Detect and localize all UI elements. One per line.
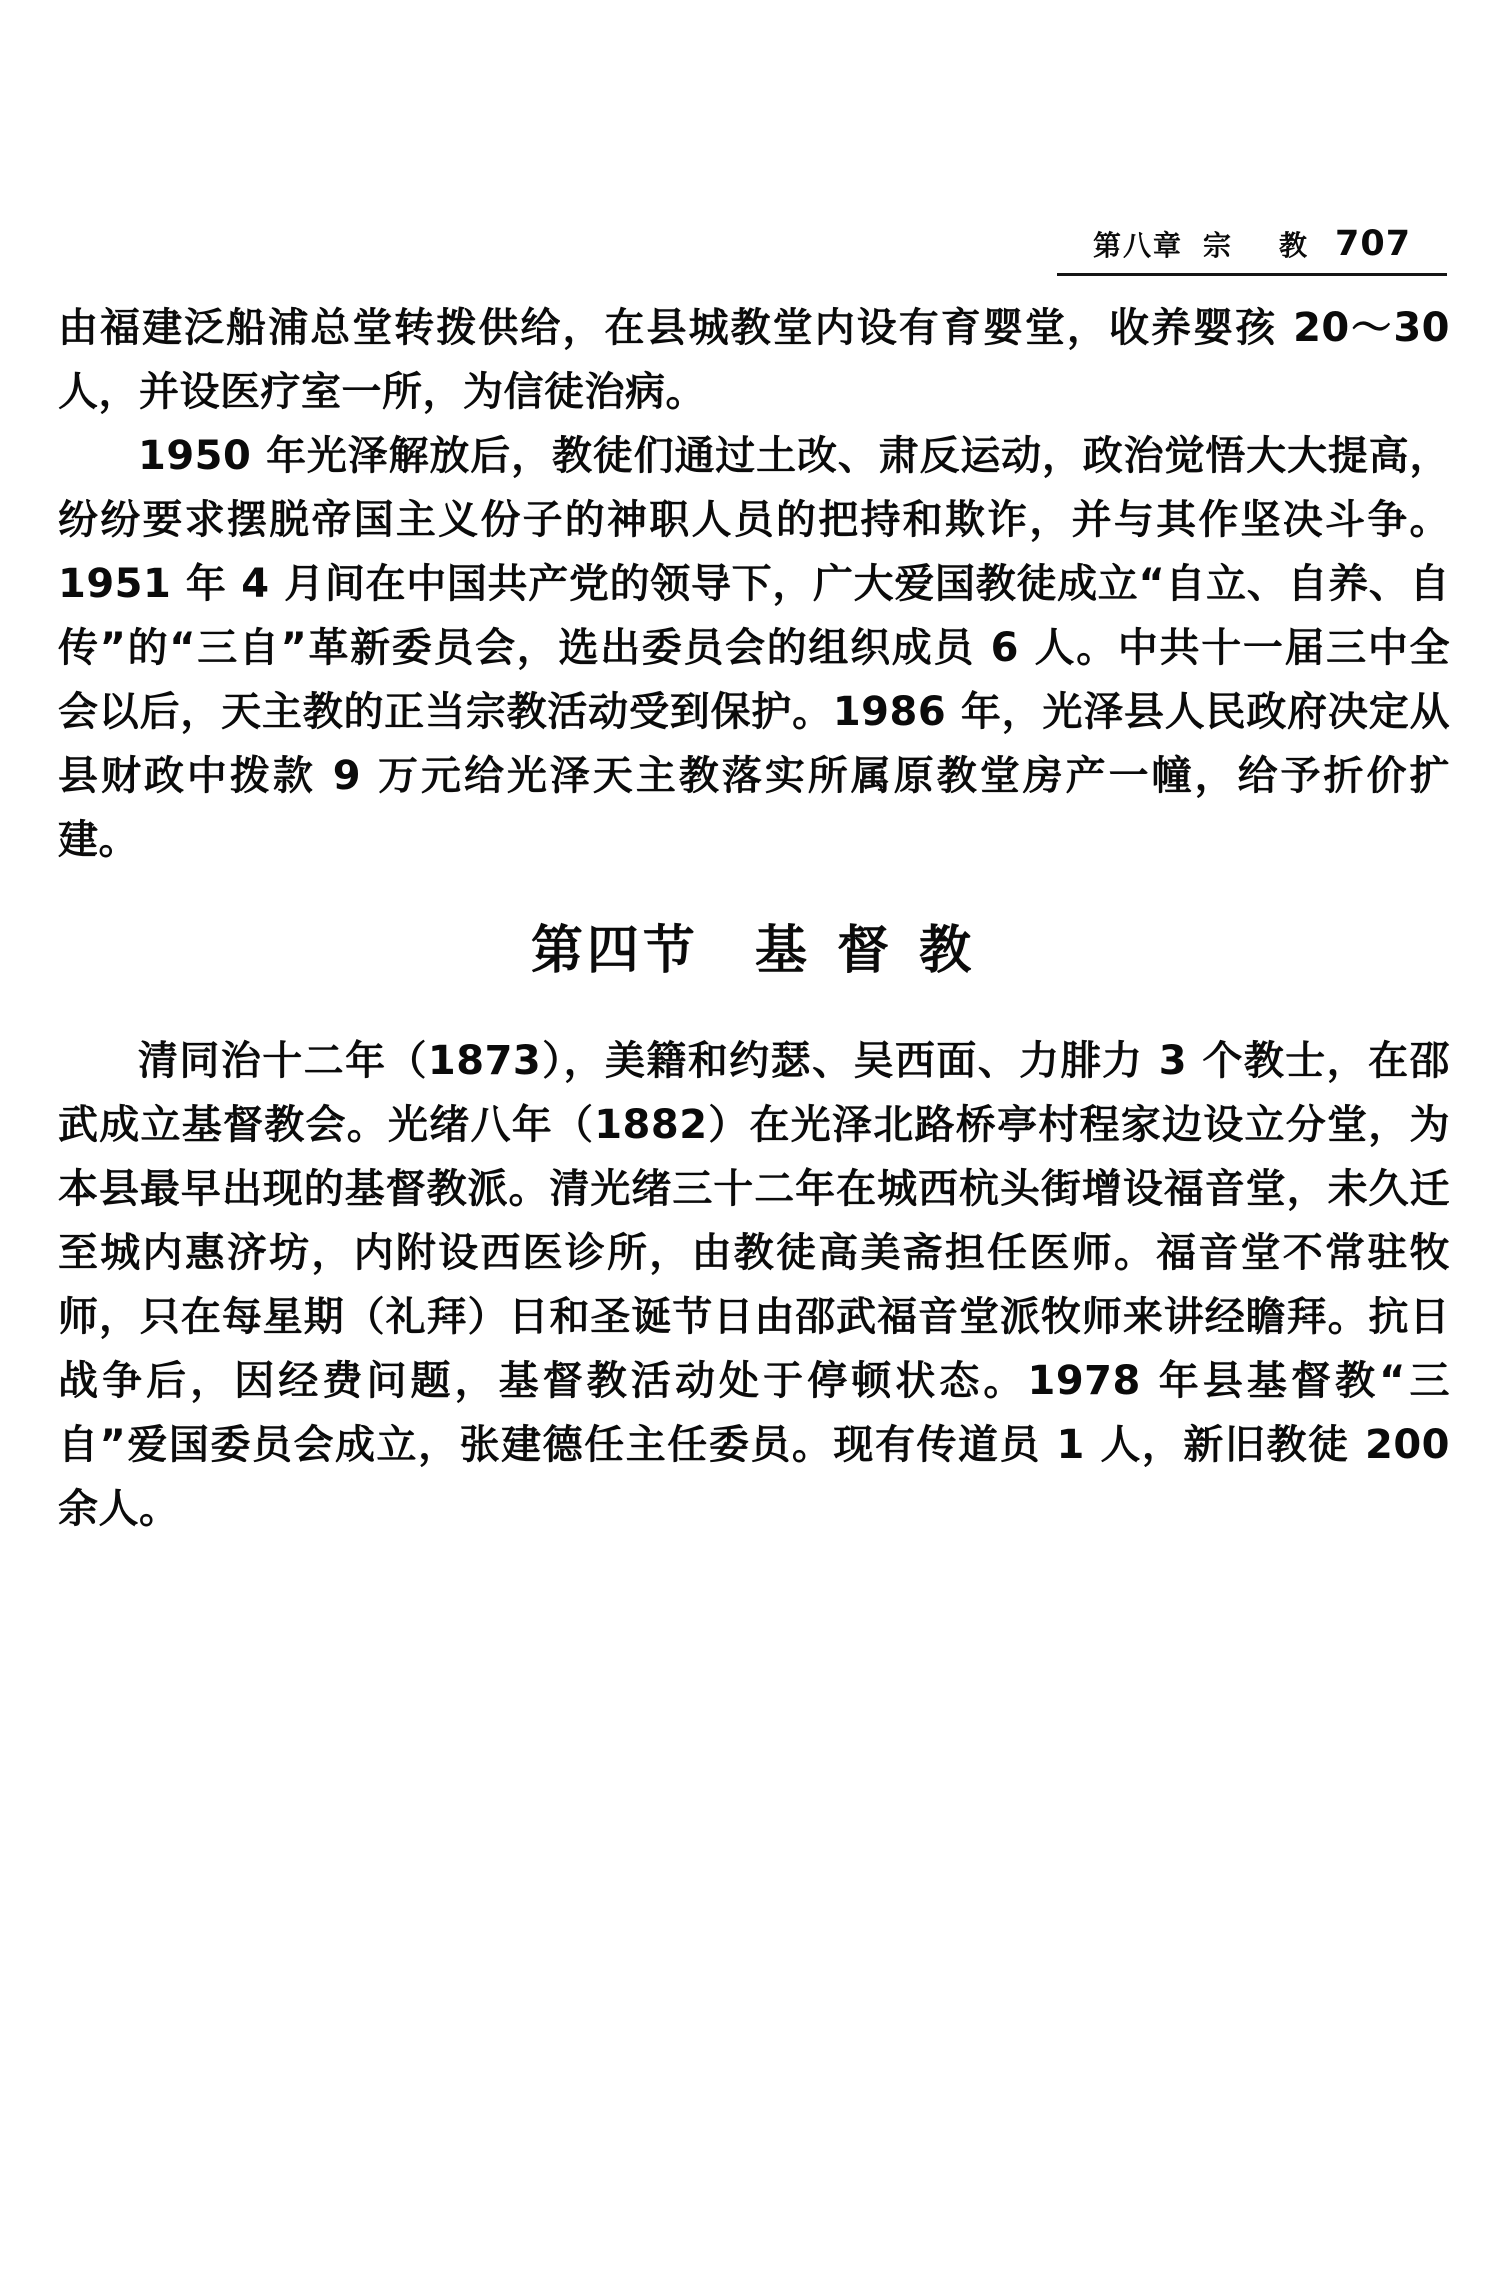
- chapter-subject-char-2: 教: [1279, 224, 1309, 264]
- catholic-paragraph-history: 1950 年光泽解放后，教徒们通过土改、肃反运动，政治觉悟大大提高，纷纷要求摆脱…: [58, 424, 1450, 872]
- christian-paragraph-history: 清同治十二年（1873），美籍和约瑟、吴西面、力腓力 3 个教士，在邵武成立基督…: [58, 1029, 1450, 1541]
- catholic-paragraph-continuation: 由福建泛船浦总堂转拨供给，在县城教堂内设有育婴堂，收养婴孩 20～30 人，并设…: [58, 296, 1450, 424]
- chapter-label: 第八章: [1093, 224, 1183, 264]
- running-header: 第八章 宗 教 707: [1057, 224, 1447, 276]
- page-body: 由福建泛船浦总堂转拨供给，在县城教堂内设有育婴堂，收养婴孩 20～30 人，并设…: [58, 296, 1450, 1541]
- section-name: 基 督 教: [755, 908, 977, 983]
- running-header-text: 第八章 宗 教 707: [1057, 224, 1447, 264]
- header-rule: [1057, 273, 1447, 276]
- scanned-book-page: 第八章 宗 教 707 由福建泛船浦总堂转拨供给，在县城教堂内设有育婴堂，收养婴…: [0, 0, 1500, 2278]
- chapter-subject-char-1: 宗: [1203, 224, 1233, 264]
- section-number: 第四节: [531, 908, 699, 983]
- page-number: 707: [1335, 224, 1411, 264]
- section-heading: 第四节 基 督 教: [58, 908, 1450, 983]
